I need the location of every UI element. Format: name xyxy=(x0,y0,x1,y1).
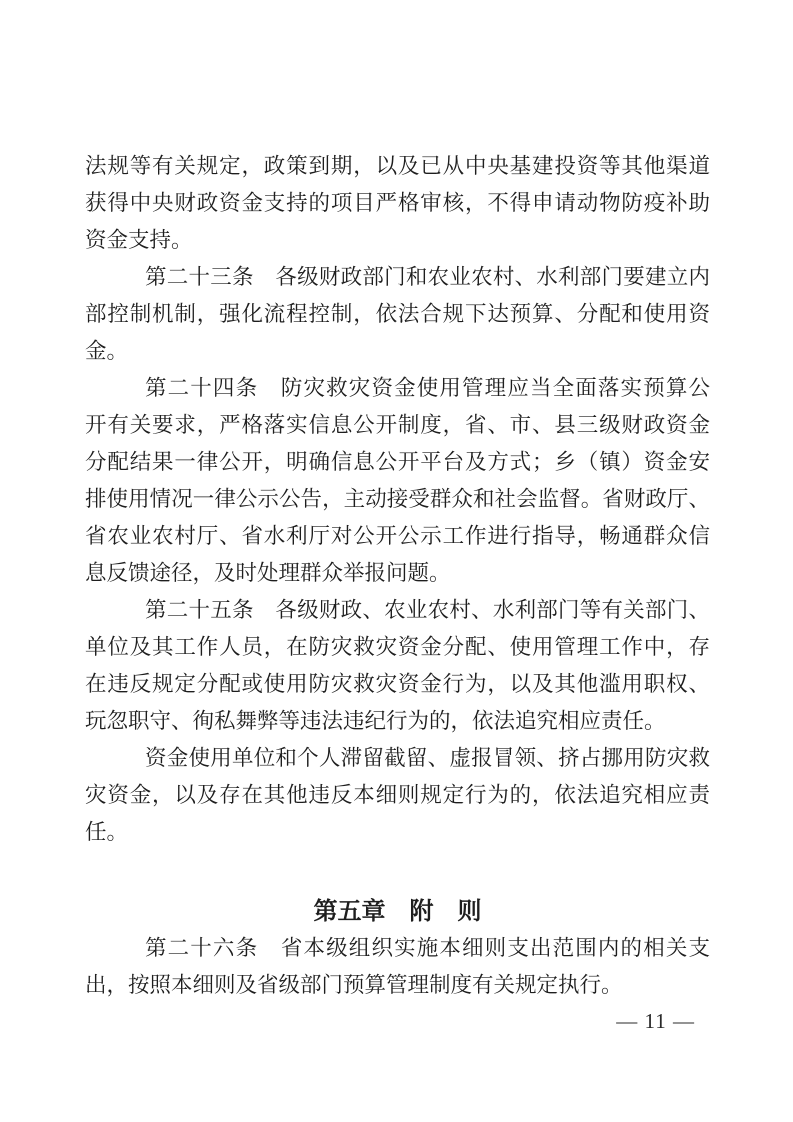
page-number: — 11 — xyxy=(616,1008,695,1034)
text-line: 出，按照本细则及省级部门预算管理制度有关规定执行。 xyxy=(85,967,710,1004)
text-line: 分配结果一律公开，明确信息公开平台及方式；乡（镇）资金安 xyxy=(85,444,710,481)
paragraph: 第二十五条 各级财政、农业农村、水利部门等有关部门、单位及其工作人员，在防灾救灾… xyxy=(85,592,710,740)
paragraph: 第二十四条 防灾救灾资金使用管理应当全面落实预算公开有关要求，严格落实信息公开制… xyxy=(85,370,710,592)
text-line: 息反馈途径，及时处理群众举报问题。 xyxy=(85,555,710,592)
text-line: 部控制机制，强化流程控制，依法合规下达预算、分配和使用资 xyxy=(85,296,710,333)
paragraph: 法规等有关规定，政策到期，以及已从中央基建投资等其他渠道获得中央财政资金支持的项… xyxy=(85,148,710,259)
text-line: 在违反规定分配或使用防灾救灾资金行为，以及其他滥用职权、 xyxy=(85,666,710,703)
text-line: 法规等有关规定，政策到期，以及已从中央基建投资等其他渠道 xyxy=(85,148,710,185)
document-content: 法规等有关规定，政策到期，以及已从中央基建投资等其他渠道获得中央财政资金支持的项… xyxy=(85,148,710,1004)
paragraph: 第二十六条 省本级组织实施本细则支出范围内的相关支出，按照本细则及省级部门预算管… xyxy=(85,930,710,1004)
text-line: 灾资金，以及存在其他违反本细则规定行为的，依法追究相应责 xyxy=(85,777,710,814)
text-line: 第二十三条 各级财政部门和农业农村、水利部门要建立内 xyxy=(85,259,710,296)
text-line: 资金使用单位和个人滞留截留、虚报冒领、挤占挪用防灾救 xyxy=(85,740,710,777)
paragraph: 第二十三条 各级财政部门和农业农村、水利部门要建立内部控制机制，强化流程控制，依… xyxy=(85,259,710,370)
text-line: 第二十六条 省本级组织实施本细则支出范围内的相关支 xyxy=(85,930,710,967)
text-line: 任。 xyxy=(85,814,710,851)
chapter-heading: 第五章 附 则 xyxy=(85,893,710,930)
text-line: 省农业农村厅、省水利厅对公开公示工作进行指导，畅通群众信 xyxy=(85,518,710,555)
paragraph: 资金使用单位和个人滞留截留、虚报冒领、挤占挪用防灾救灾资金，以及存在其他违反本细… xyxy=(85,740,710,851)
text-line: 排使用情况一律公示公告，主动接受群众和社会监督。省财政厅、 xyxy=(85,481,710,518)
text-line: 玩忽职守、徇私舞弊等违法违纪行为的，依法追究相应责任。 xyxy=(85,703,710,740)
text-line: 资金支持。 xyxy=(85,222,710,259)
text-line: 开有关要求，严格落实信息公开制度，省、市、县三级财政资金 xyxy=(85,407,710,444)
text-line: 获得中央财政资金支持的项目严格审核，不得申请动物防疫补助 xyxy=(85,185,710,222)
text-line: 第二十四条 防灾救灾资金使用管理应当全面落实预算公 xyxy=(85,370,710,407)
text-line: 第二十五条 各级财政、农业农村、水利部门等有关部门、 xyxy=(85,592,710,629)
document-page: { "page_number": "— 11 —", "colors": { "… xyxy=(0,0,793,1122)
text-line: 单位及其工作人员，在防灾救灾资金分配、使用管理工作中，存 xyxy=(85,629,710,666)
text-line: 金。 xyxy=(85,333,710,370)
